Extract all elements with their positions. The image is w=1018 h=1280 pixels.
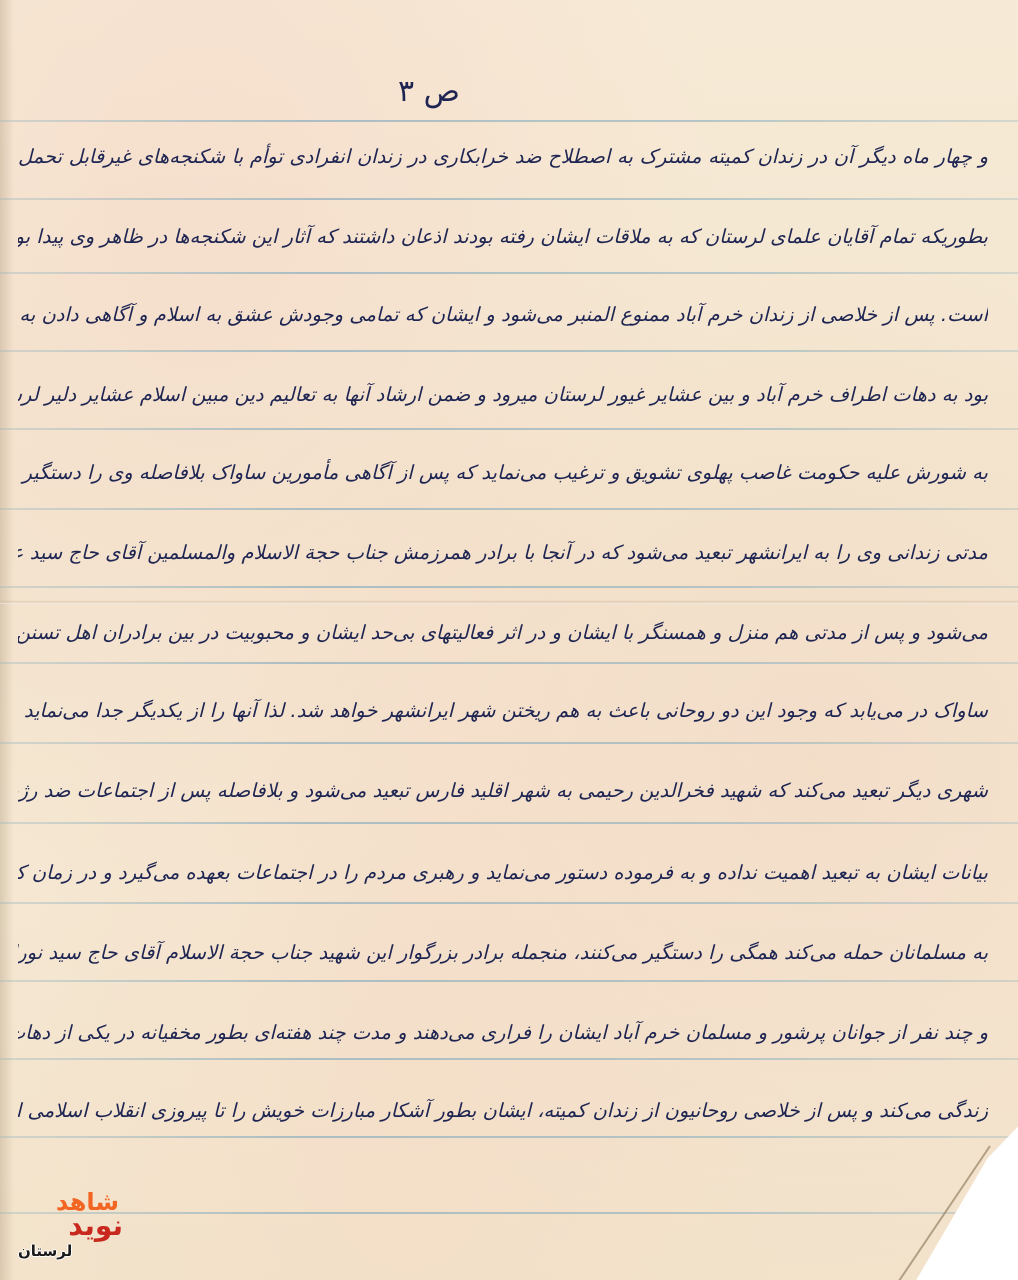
ruled-line [0, 586, 1018, 588]
text-line: می‌شود و پس از مدتی هم منزل و همسنگر با … [18, 618, 988, 648]
text-line: و چند نفر از جوانان پرشور و مسلمان خرم آ… [18, 1018, 988, 1048]
text-line: زندگی می‌کند و پس از خلاصی روحانیون از ز… [18, 1096, 988, 1126]
ruled-line [0, 272, 1018, 274]
logo-title-bottom: نوید [68, 1212, 123, 1240]
ruled-line [0, 1212, 1018, 1214]
text-line: ساواک در می‌یابد که وجود این دو روحانی ب… [18, 696, 988, 726]
ruled-line [0, 508, 1018, 510]
ruled-line [0, 902, 1018, 904]
ruled-line [0, 980, 1018, 982]
text-line: و چهار ماه دیگر آن در زندان کمیته مشترک … [18, 142, 988, 172]
text-line: بیانات ایشان به تبعید اهمیت نداده و به ف… [18, 858, 988, 888]
logo-subtitle: لرستان [18, 1242, 72, 1260]
text-line: به مسلمانان حمله می‌کند همگی را دستگیر م… [18, 938, 988, 968]
text-line: مدتی زندانی وی را به ایرانشهر تبعید می‌ش… [18, 538, 988, 568]
ruled-line [0, 1058, 1018, 1060]
ruled-line [0, 428, 1018, 430]
page-number: ص ۳ [398, 74, 460, 109]
text-line: بود به دهات اطراف خرم آباد و بین عشایر غ… [18, 380, 988, 410]
ruled-line [0, 1136, 1018, 1138]
text-line: بطوریکه تمام آقایان علمای لرستان که به م… [18, 222, 988, 252]
text-line: شهری دیگر تبعید می‌کند که شهید فخرالدین … [18, 776, 988, 806]
ruled-line [0, 198, 1018, 200]
ruled-line [0, 822, 1018, 824]
ruled-line [0, 742, 1018, 744]
ruled-line [0, 662, 1018, 664]
ruled-line [0, 120, 1018, 122]
watermark-logo: شاهد نوید لرستان [18, 1190, 123, 1270]
text-line: است. پس از خلاصی از زندان خرم آباد ممنوع… [18, 300, 988, 330]
text-line: به شورش علیه حکومت غاصب پهلوی تشویق و تر… [18, 458, 988, 488]
ruled-line [0, 350, 1018, 352]
